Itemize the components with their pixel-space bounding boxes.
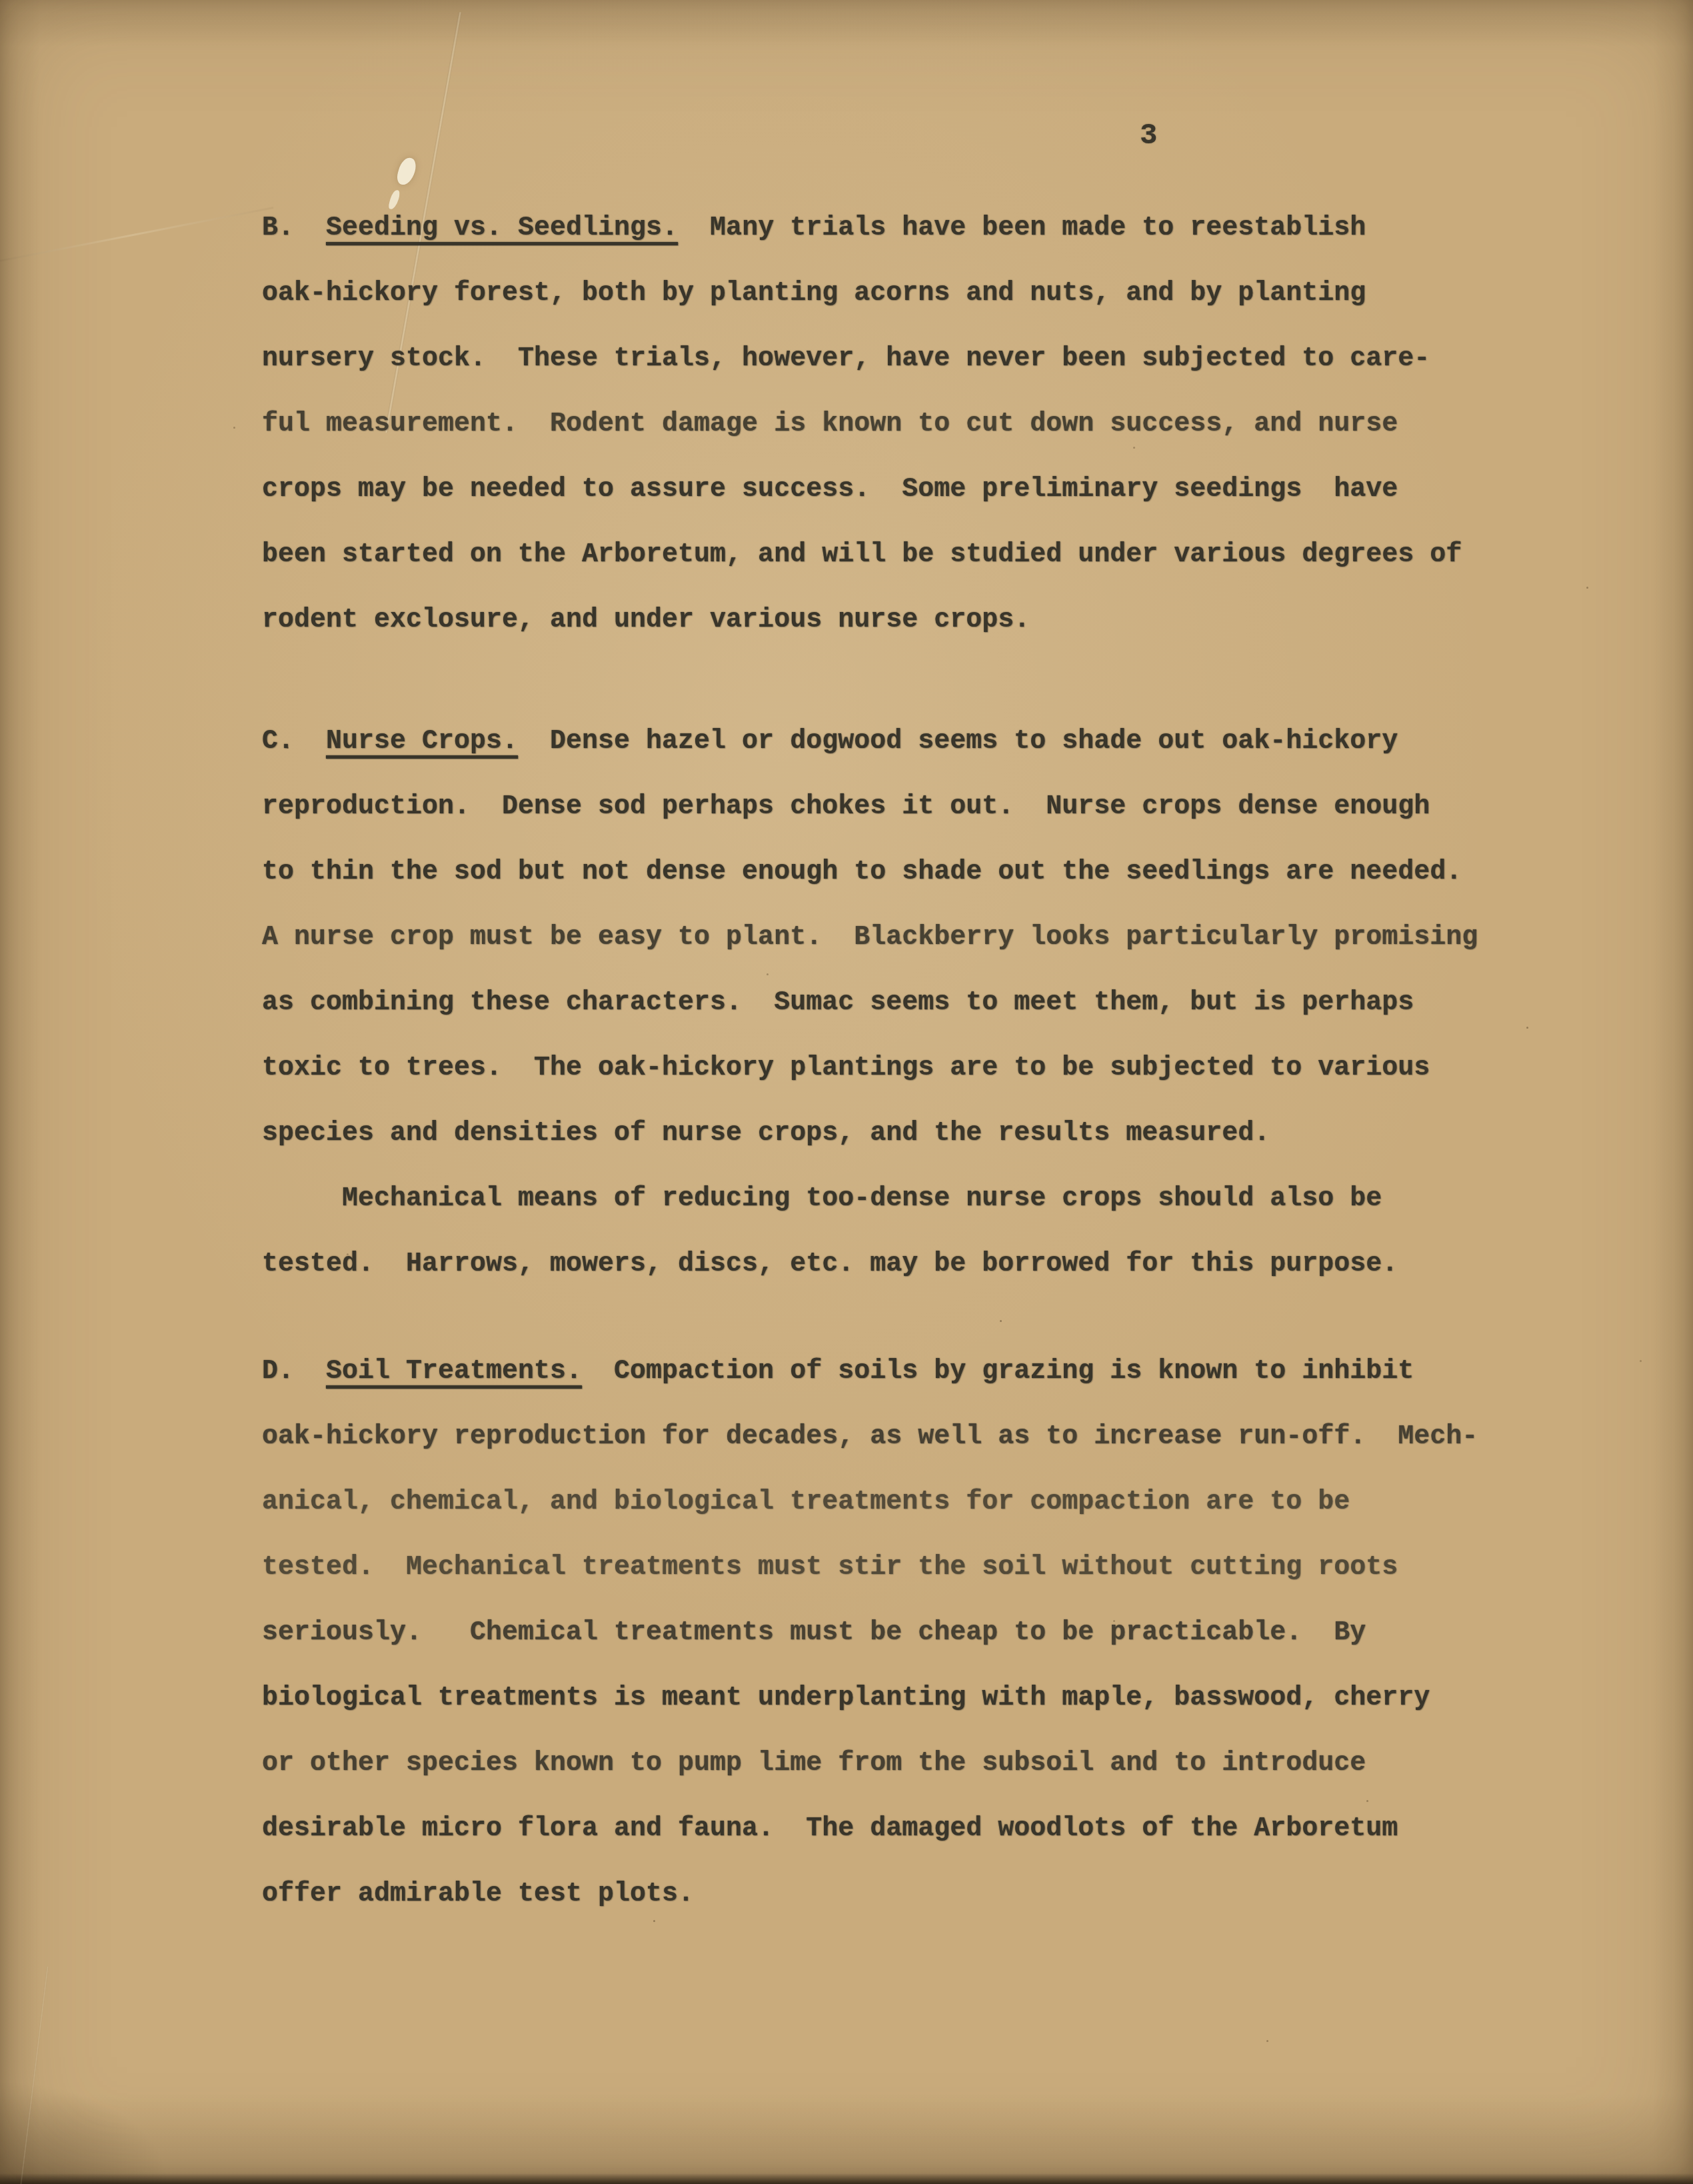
section-letter: C. [262,727,326,757]
text-line: tested. Mechanical treatments must stir … [262,1535,1478,1601]
section-nurse-crops: C. Nurse Crops. Dense hazel or dogwood s… [262,709,1478,1297]
section-seeding-vs-seedlings: B. Seeding vs. Seedlings. Many trials ha… [262,196,1462,653]
text-line: toxic to trees. The oak-hickory planting… [262,1036,1478,1101]
text-line: species and densities of nurse crops, an… [262,1101,1478,1167]
section-title: Seeding vs. Seedlings. [326,213,678,243]
text-line: oak-hickory forest, both by planting aco… [262,261,1462,327]
section-title: Soil Treatments. [326,1357,582,1387]
section-soil-treatments: D. Soil Treatments. Compaction of soils … [262,1339,1478,1927]
document-page: 3 B. Seeding vs. Seedlings. Many trials … [0,0,1693,2184]
section-heading-line: C. Nurse Crops. Dense hazel or dogwood s… [262,709,1478,775]
text-line: oak-hickory reproduction for decades, as… [262,1405,1478,1470]
text-line: A nurse crop must be easy to plant. Blac… [262,905,1478,971]
heading-rest-text: Compaction of soils by grazing is known … [582,1357,1414,1387]
paper-crease [20,1967,49,2184]
text-line: tested. Harrows, mowers, discs, etc. may… [262,1232,1478,1297]
text-line: offer admirable test plots. [262,1862,1478,1927]
text-line: anical, chemical, and biological treatme… [262,1470,1478,1535]
text-line: rodent exclosure, and under various nurs… [262,588,1462,653]
text-line: Mechanical means of reducing too-dense n… [262,1167,1478,1232]
section-heading-line: D. Soil Treatments. Compaction of soils … [262,1339,1478,1405]
text-line: crops may be needed to assure success. S… [262,457,1462,523]
heading-rest-text: Dense hazel or dogwood seems to shade ou… [518,727,1398,757]
text-line: seriously. Chemical treatments must be c… [262,1601,1478,1666]
heading-rest-text: Many trials have been made to reestablis… [678,213,1366,243]
paper-white-spot [395,156,419,187]
page-number: 3 [1140,119,1157,153]
text-line: been started on the Arboretum, and will … [262,523,1462,588]
section-letter: D. [262,1357,326,1387]
text-line: ful measurement. Rodent damage is known … [262,392,1462,457]
text-line: to thin the sod but not dense enough to … [262,840,1478,905]
text-line: biological treatments is meant underplan… [262,1666,1478,1731]
text-line: as combining these characters. Sumac see… [262,971,1478,1036]
text-line: reproduction. Dense sod perhaps chokes i… [262,775,1478,840]
section-heading-line: B. Seeding vs. Seedlings. Many trials ha… [262,196,1462,261]
text-line: desirable micro flora and fauna. The dam… [262,1797,1478,1862]
text-line: nursery stock. These trials, however, ha… [262,327,1462,392]
paper-crease [0,207,273,263]
section-letter: B. [262,213,326,243]
text-line: or other species known to pump lime from… [262,1731,1478,1797]
section-title: Nurse Crops. [326,727,518,757]
